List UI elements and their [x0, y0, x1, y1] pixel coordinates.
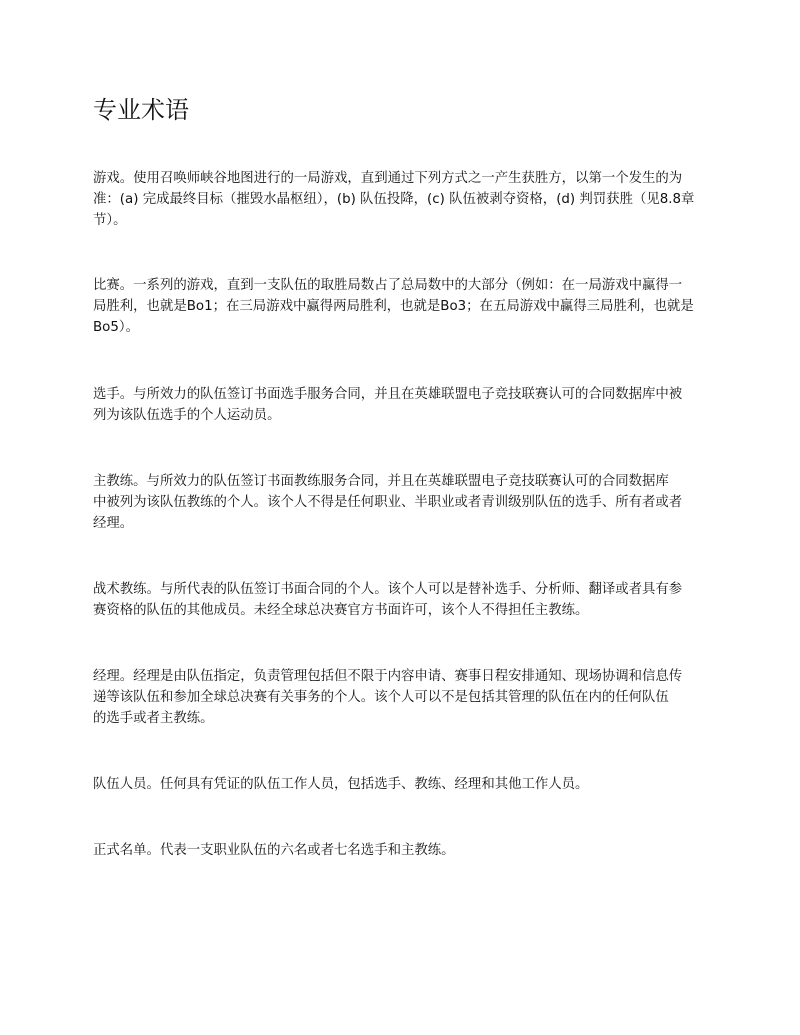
definition-team-staff: 队伍人员。任何具有凭证的队伍工作人员，包括选手、教练、经理和其他工作人员。	[93, 774, 733, 795]
definition-player: 选手。与所效力的队伍签订书面选手服务合同，并且在英雄联盟电子竞技联赛认可的合同数…	[93, 384, 733, 426]
text-line: 的选手或者主教练。	[93, 708, 733, 729]
text-line: 选手。与所效力的队伍签订书面选手服务合同，并且在英雄联盟电子竞技联赛认可的合同数…	[93, 384, 733, 405]
text-line: 正式名单。代表一支职业队伍的六名或者七名选手和主教练。	[93, 840, 733, 861]
text-line: 中被列为该队伍教练的个人。该个人不得是任何职业、半职业或者青训级别队伍的选手、所…	[93, 492, 733, 513]
definition-game: 游戏。使用召唤师峡谷地图进行的一局游戏，直到通过下列方式之一产生获胜方，以第一个…	[93, 168, 733, 231]
text-line: 准：(a) 完成最终目标（摧毁水晶枢纽），(b) 队伍投降，(c) 队伍被剥夺资…	[93, 189, 733, 210]
text-line: 局胜利，也就是Bo1；在三局游戏中赢得两局胜利，也就是Bo3；在五局游戏中赢得三…	[93, 296, 733, 317]
text-line: 比赛。一系列的游戏，直到一支队伍的取胜局数占了总局数中的大部分（例如：在一局游戏…	[93, 275, 733, 296]
text-line: 经理。	[93, 513, 733, 534]
text-line: Bo5）。	[93, 317, 733, 338]
text-line: 队伍人员。任何具有凭证的队伍工作人员，包括选手、教练、经理和其他工作人员。	[93, 774, 733, 795]
text-line: 赛资格的队伍的其他成员。未经全球总决赛官方书面许可，该个人不得担任主教练。	[93, 600, 733, 621]
text-line: 经理。经理是由队伍指定，负责管理包括但不限于内容申请、赛事日程安排通知、现场协调…	[93, 666, 733, 687]
text-line: 主教练。与所效力的队伍签订书面教练服务合同，并且在英雄联盟电子竞技联赛认可的合同…	[93, 471, 733, 492]
text-line: 列为该队伍选手的个人运动员。	[93, 405, 733, 426]
definition-strategic-coach: 战术教练。与所代表的队伍签订书面合同的个人。该个人可以是替补选手、分析师、翻译或…	[93, 579, 733, 621]
page-title: 专业术语	[93, 94, 189, 126]
definition-manager: 经理。经理是由队伍指定，负责管理包括但不限于内容申请、赛事日程安排通知、现场协调…	[93, 666, 733, 729]
text-line: 战术教练。与所代表的队伍签订书面合同的个人。该个人可以是替补选手、分析师、翻译或…	[93, 579, 733, 600]
text-line: 节）。	[93, 210, 733, 231]
text-line: 递等该队伍和参加全球总决赛有关事务的个人。该个人可以不是包括其管理的队伍在内的任…	[93, 687, 733, 708]
definition-match: 比赛。一系列的游戏，直到一支队伍的取胜局数占了总局数中的大部分（例如：在一局游戏…	[93, 275, 733, 338]
text-line: 游戏。使用召唤师峡谷地图进行的一局游戏，直到通过下列方式之一产生获胜方，以第一个…	[93, 168, 733, 189]
definition-head-coach: 主教练。与所效力的队伍签订书面教练服务合同，并且在英雄联盟电子竞技联赛认可的合同…	[93, 471, 733, 534]
definition-official-roster: 正式名单。代表一支职业队伍的六名或者七名选手和主教练。	[93, 840, 733, 861]
